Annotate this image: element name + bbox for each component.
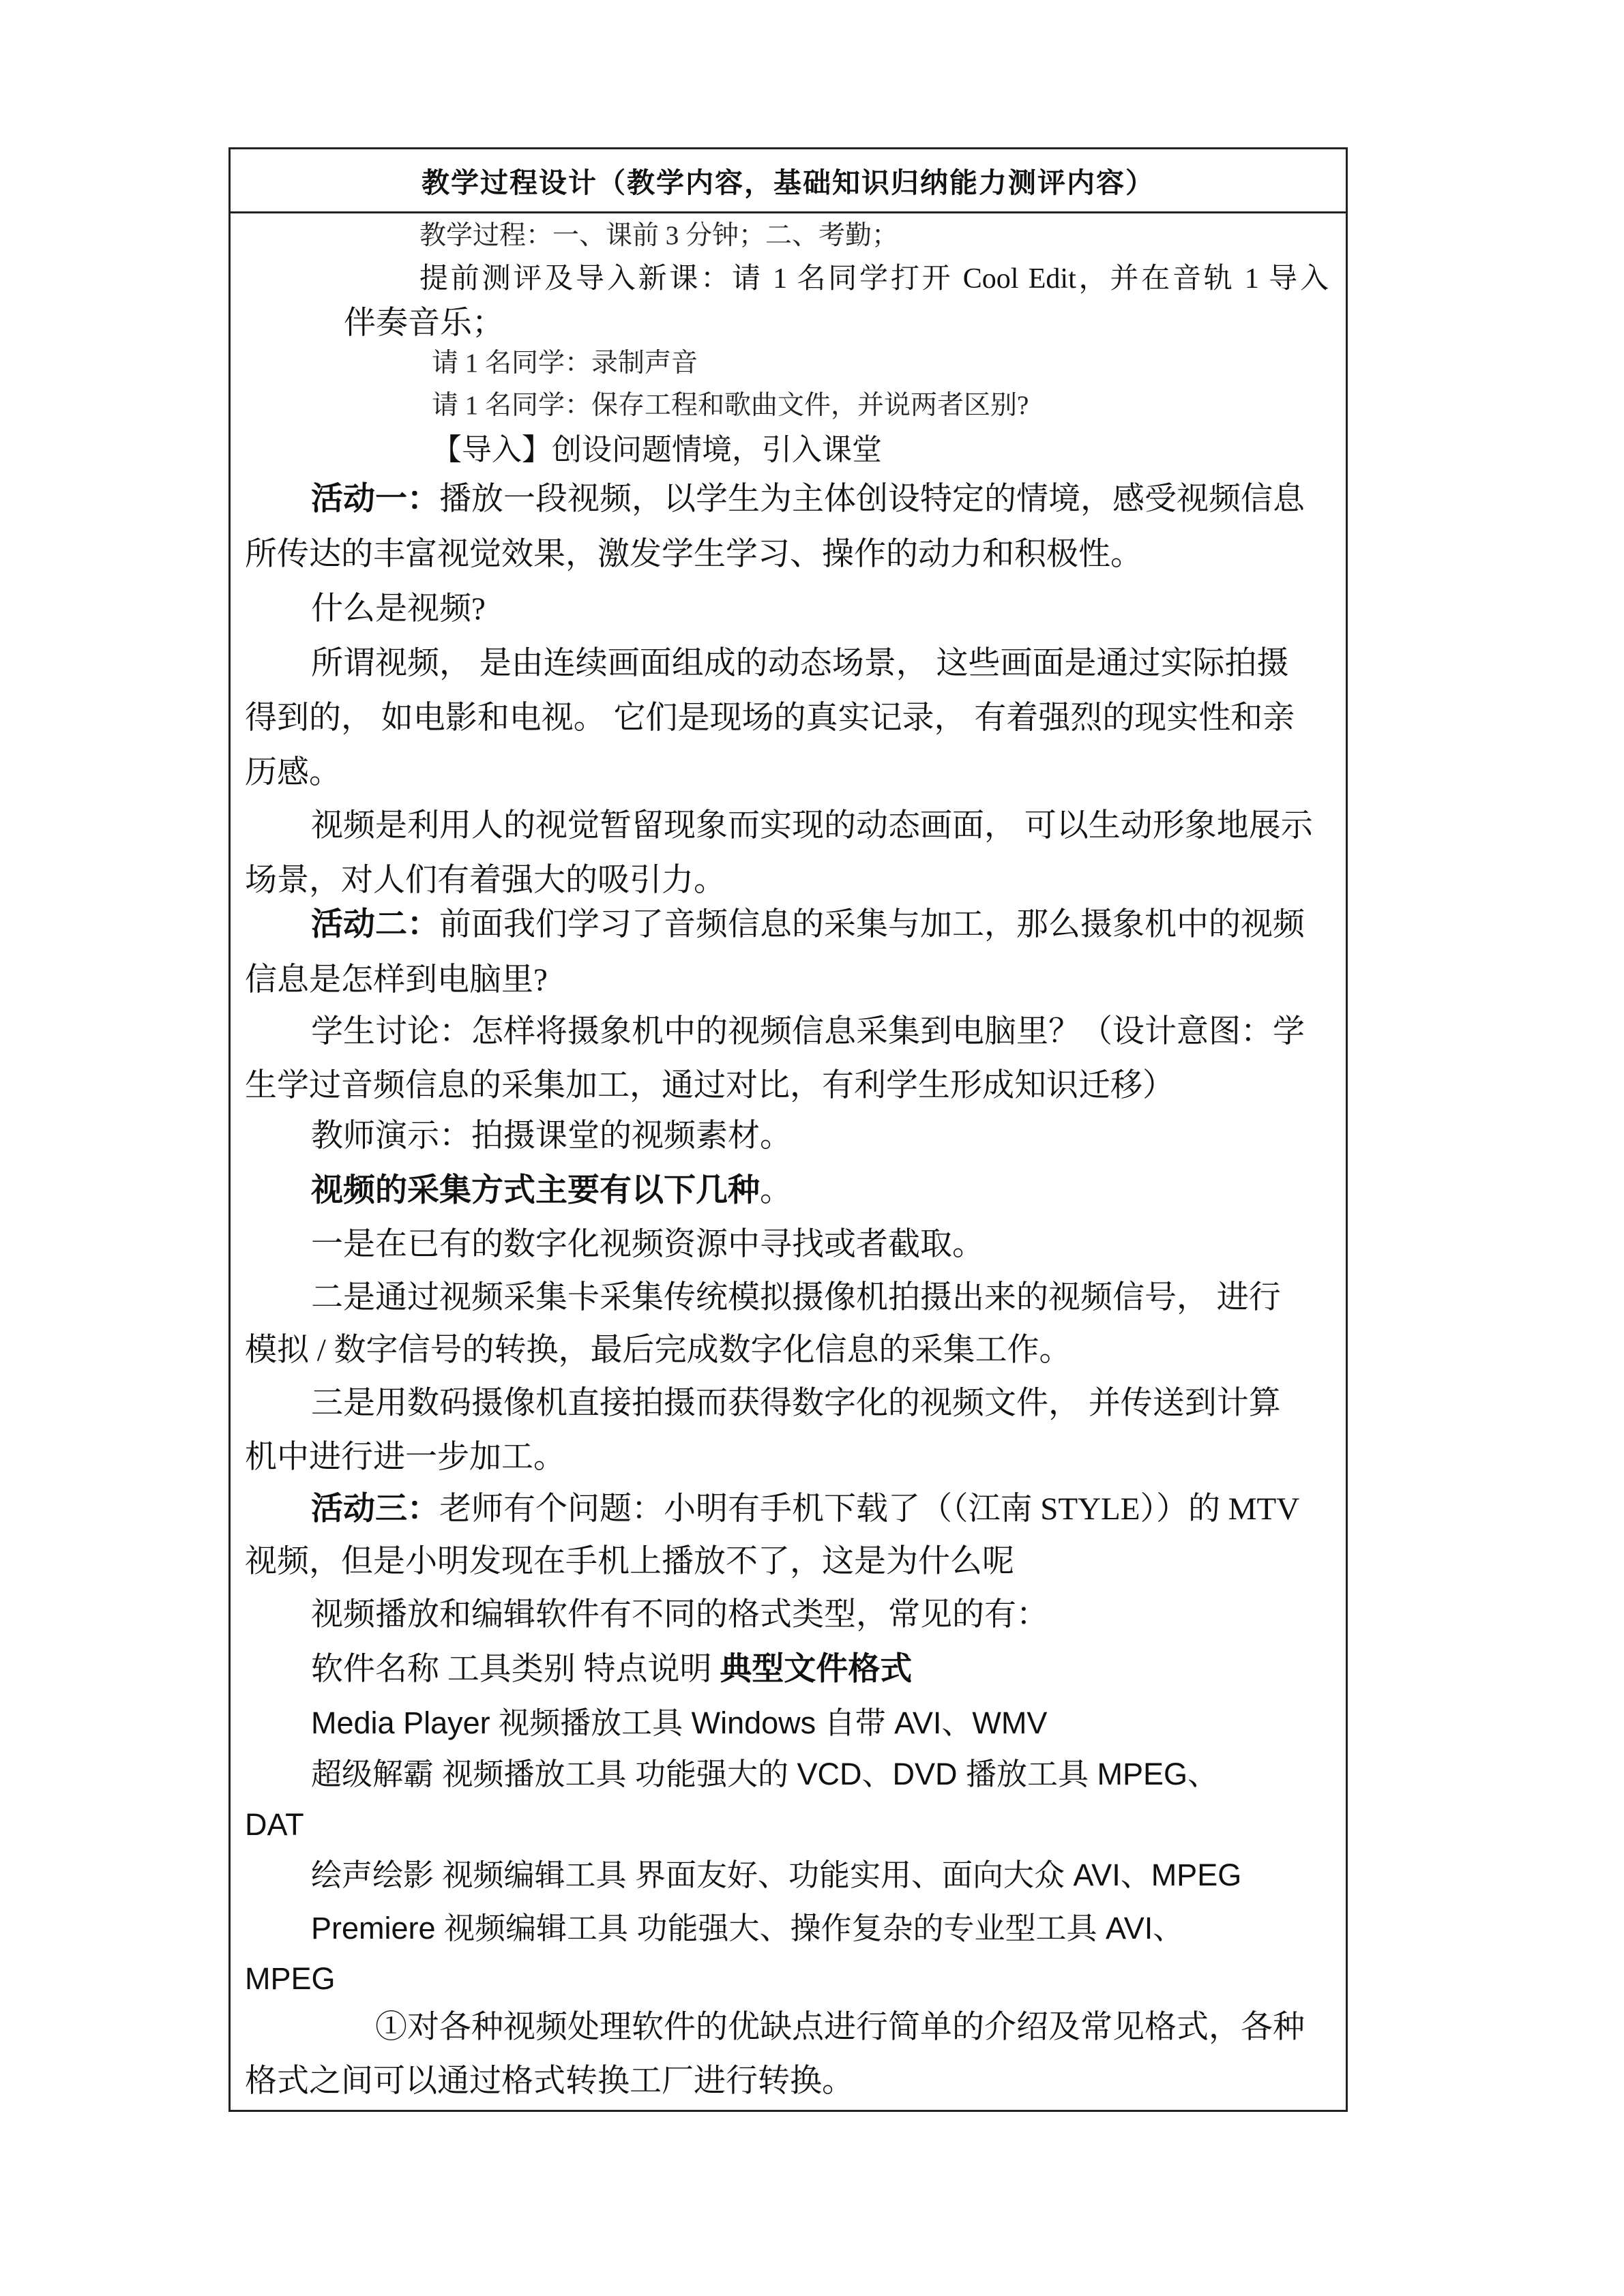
text-line: 格式之间可以通过格式转换工厂进行转换。 <box>245 2061 854 2102</box>
text-line: 三是用数码摄像机直接拍摄而获得数字化的视频文件， 并传送到计算 <box>311 1383 1281 1424</box>
text-line: 场景，对人们有着强大的吸引力。 <box>245 860 726 901</box>
software-table-header: 软件名称 工具类别 特点说明 典型文件格式 <box>311 1649 912 1690</box>
software-row: Media Player 视频播放工具 Windows 自带 AVI、WMV <box>311 1703 1047 1744</box>
activity-label: 活动二： <box>311 907 439 942</box>
header-divider <box>228 211 1348 213</box>
text-line: 生学过音频信息的采集加工，通过对比，有利学生形成知识迁移） <box>245 1065 1175 1106</box>
table-header-title: 教学过程设计（教学内容，基础知识归纳能力测评内容） <box>228 164 1348 202</box>
activity-label: 活动三： <box>311 1491 439 1527</box>
text-line: 机中进行进一步加工。 <box>245 1437 565 1478</box>
text-line: 请 1 名同学：录制声音 <box>432 343 698 384</box>
text-line: 【导入】创设问题情境，引入课堂 <box>432 430 882 471</box>
text-line: 视频，但是小明发现在手机上播放不了，这是为什么呢 <box>245 1541 1014 1582</box>
activity-3-line: 活动三：老师有个问题：小明有手机下载了（（江南 STYLE））的 MTV <box>311 1489 1299 1530</box>
software-row: Premiere 视频编辑工具 功能强大、操作复杂的专业型工具 AVI、 <box>311 1908 1183 1949</box>
text-line: 教师演示：拍摄课堂的视频素材。 <box>311 1116 792 1157</box>
text-line: 学生讨论：怎样将摄象机中的视频信息采集到电脑里？（设计意图：学 <box>311 1011 1305 1052</box>
software-row: 超级解霸 视频播放工具 功能强大的 VCD、DVD 播放工具 MPEG、 <box>311 1754 1218 1795</box>
text-line: 得到的， 如电影和电视。 它们是现场的真实记录， 有着强烈的现实性和亲 <box>245 698 1295 739</box>
text-line: ①对各种视频处理软件的优缺点进行简单的介绍及常见格式，各种 <box>375 2007 1305 2048</box>
text-line: DAT <box>245 1804 304 1845</box>
text-line: 伴奏音乐； <box>344 303 504 344</box>
subheading: 视频的采集方式主要有以下几种 <box>311 1173 760 1208</box>
text-line: 信息是怎样到电脑里? <box>245 959 548 1000</box>
text-line: 请 1 名同学：保存工程和歌曲文件，并说两者区别? <box>432 385 1029 426</box>
text-line: 视频是利用人的视觉暂留现象而实现的动态画面， 可以生动形象地展示 <box>311 805 1313 846</box>
activity-label: 活动一： <box>311 481 439 517</box>
text-line: 一是在已有的数字化视频资源中寻找或者截取。 <box>311 1224 984 1265</box>
activity-2-line: 活动二：前面我们学习了音频信息的采集与加工，那么摄象机中的视频 <box>311 904 1305 945</box>
text-line: 二是通过视频采集卡采集传统模拟摄像机拍摄出来的视频信号， 进行 <box>311 1277 1281 1318</box>
text-line: 所谓视频， 是由连续画面组成的动态场景， 这些画面是通过实际拍摄 <box>311 643 1289 684</box>
text-line: 提前测评及导入新课：请 1 名同学打开 Cool Edit，并在音轨 1 导入 <box>419 258 1329 299</box>
activity-1-line: 活动一：播放一段视频，以学生为主体创设特定的情境，感受视频信息 <box>311 479 1305 520</box>
text-line: 视频播放和编辑软件有不同的格式类型，常见的有： <box>311 1594 1048 1635</box>
subheading-line: 视频的采集方式主要有以下几种。 <box>311 1170 792 1211</box>
text-line: 历感。 <box>245 752 341 793</box>
text-line: 所传达的丰富视觉效果，激发学生学习、操作的动力和积极性。 <box>245 534 1142 575</box>
text-line: 教学过程：一、课前 3 分钟；二、考勤； <box>419 215 898 256</box>
text-line: MPEG <box>245 1958 336 1999</box>
text-line: 什么是视频? <box>311 588 486 629</box>
software-row: 绘声绘影 视频编辑工具 界面友好、功能实用、面向大众 AVI、MPEG <box>311 1855 1241 1896</box>
text-line: 模拟 / 数字信号的转换，最后完成数字化信息的采集工作。 <box>245 1330 1072 1371</box>
